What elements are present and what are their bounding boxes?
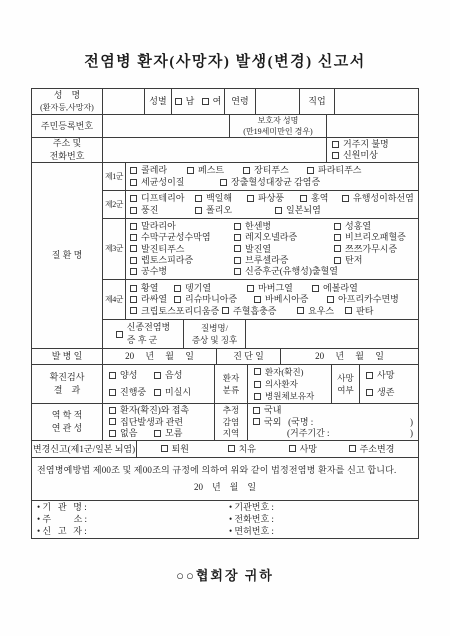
row-confirmation: 확진검사 결 과 양성음성 진행중미실시 환자 분류 환자(확진) 의사환자 병… <box>32 365 418 404</box>
disease-block: 질 환 명 제1군 콜레라페스트장티푸스파라티푸스 세균성이질장출혈성대장균 감… <box>32 163 418 349</box>
checkbox-label: 바베시아증 <box>265 294 308 305</box>
checkbox-label: 없음 <box>120 428 137 439</box>
new-disease-name-line1: 질병명/ <box>192 323 237 334</box>
declaration-text: 전염병예방법 제00조 및 제00조의 규정에 의하여 위와 같이 법정전염병 … <box>32 465 418 476</box>
checkbox-icon[interactable] <box>366 372 373 379</box>
change-options-cell: 퇴원치유사망주소변경 <box>137 441 418 457</box>
checkbox-label: 크립토스포리디움증 <box>141 306 219 317</box>
checkbox-label: 요우스 <box>308 306 334 317</box>
checkbox-label: 렙토스피라증 <box>141 255 193 266</box>
checkbox-icon[interactable] <box>195 195 202 202</box>
checkbox-icon[interactable] <box>130 307 137 314</box>
checkbox-item[interactable]: 풍진 <box>130 205 195 216</box>
checkbox-item[interactable]: 남 <box>175 96 202 107</box>
checkbox-item[interactable]: 생존 <box>366 387 394 398</box>
group4-row3: 크립토스포리디움증주혈흡충증요우스판타 <box>130 306 418 317</box>
checkbox-icon[interactable] <box>297 307 304 314</box>
group3-row2: 수막구균성수막염레지오넬라증비브리오패혈증 <box>130 232 418 243</box>
checkbox-item[interactable]: 신증후군(유행성)출혈열 <box>234 266 338 277</box>
disease-group-1: 제1군 콜레라페스트장티푸스파라티푸스 세균성이질장출혈성대장균 감염증 <box>103 163 418 191</box>
checkbox-item[interactable]: 뎅기열 <box>174 283 247 294</box>
group2-row2: 풍진폴리오일본뇌염 <box>130 205 418 216</box>
checkbox-label: 파라티푸스 <box>318 165 361 176</box>
confirm-label-line2: 결 과 <box>50 385 85 396</box>
checkbox-label: 신증후군(유행성)출혈열 <box>245 266 338 277</box>
checkbox-label: 발진열 <box>245 244 271 255</box>
checkbox-icon[interactable] <box>289 445 296 452</box>
group2-label: 제2군 <box>103 191 126 218</box>
onset-date-value[interactable]: 20 년 월 일 <box>103 349 217 364</box>
checkbox-item[interactable]: 없음 <box>109 428 154 439</box>
checkbox-icon[interactable] <box>109 389 116 396</box>
checkbox-item[interactable]: 양성 <box>109 370 154 381</box>
checkbox-label: 페스트 <box>198 165 224 176</box>
sex-label: 성별 <box>145 89 172 114</box>
checkbox-item[interactable]: 폴리오 <box>195 205 275 216</box>
checkbox-item[interactable]: 레지오넬라증 <box>234 232 334 243</box>
checkbox-icon[interactable] <box>130 223 137 230</box>
checkbox-item[interactable]: 파라티푸스 <box>307 165 361 176</box>
license-number-label[interactable]: • 면허번호 : <box>229 526 274 537</box>
death-label-line1: 사망 <box>337 373 353 384</box>
sex-checkboxes: 남여 <box>175 96 222 107</box>
checkbox-label: 여 <box>213 96 222 107</box>
region-abroad-line: 국외 (국명 : ) <box>253 417 418 428</box>
checkbox-item[interactable]: 수막구균성수막염 <box>130 232 234 243</box>
checkbox-icon[interactable] <box>130 234 137 241</box>
checkbox-icon[interactable] <box>312 285 319 292</box>
address-label-line1: 주소 및 <box>50 138 85 149</box>
reporter-row-address: • 주 소 : • 전화번호 : <box>32 514 418 525</box>
checkbox-label: 장티푸스 <box>254 165 289 176</box>
checkbox-item[interactable]: 탄저 <box>334 255 362 266</box>
checkbox-label: 브루셀라증 <box>245 255 288 266</box>
guardian-label-line1: 보호자 성명 <box>243 116 312 126</box>
diagnosis-date-label: 진 단 일 <box>217 349 281 364</box>
checkbox-icon[interactable] <box>334 257 341 264</box>
death-options-cell: 사망 생존 <box>360 365 418 403</box>
checkbox-item[interactable]: 아프리카수면병 <box>327 294 399 305</box>
checkbox-item[interactable]: 국외 (국명 : <box>253 417 313 428</box>
checkbox-item[interactable]: 발진티푸스 <box>130 244 234 255</box>
checkbox-item[interactable]: 공수병 <box>130 266 234 277</box>
infection-region-cell: 국내 국외 (국명 : ) (거주기간 : ) <box>248 404 418 440</box>
checkbox-icon[interactable] <box>130 245 137 252</box>
checkbox-icon[interactable] <box>154 430 161 437</box>
checkbox-item[interactable]: 리슈마니아증 <box>174 294 254 305</box>
region-label-line3: 지역 <box>223 428 239 439</box>
checkbox-item[interactable]: 일본뇌염 <box>275 205 321 216</box>
checkbox-item[interactable]: 환자(확진)와 접촉 <box>109 405 189 416</box>
region-abroad: 국외 (국명 : <box>253 417 313 428</box>
confirm-test-label: 확진검사 결 과 <box>32 365 103 403</box>
checkbox-item[interactable]: 성홍열 <box>334 221 371 232</box>
checkbox-item[interactable]: 백일해 <box>195 193 247 204</box>
checkbox-item[interactable]: 라싸열 <box>130 294 174 305</box>
group4-label: 제4군 <box>103 280 126 319</box>
checkbox-label: 백일해 <box>206 193 232 204</box>
report-form-sheet: 전염병 환자(사망자) 발생(변경) 신고서 성 명 (환자등,사망자) 성별 … <box>0 0 450 636</box>
checkbox-icon[interactable] <box>334 223 341 230</box>
group3-label: 제3군 <box>103 219 126 279</box>
checkbox-item[interactable]: 여 <box>202 96 222 107</box>
new-disease-row: 신종전염병 증 후 군 질병명/ 증상 및 징후 <box>103 320 418 348</box>
name-value-cell[interactable] <box>103 89 145 114</box>
address-label-line2: 전화번호 <box>50 151 85 162</box>
checkbox-icon[interactable] <box>253 407 260 414</box>
checkbox-label: 에볼라열 <box>323 283 358 294</box>
checkbox-item[interactable]: 유행성이하선염 <box>342 193 414 204</box>
checkbox-icon[interactable] <box>254 393 261 400</box>
checkbox-label: 모름 <box>165 428 182 439</box>
checkbox-item[interactable]: 사망 <box>289 444 349 455</box>
checkbox-icon[interactable] <box>109 430 116 437</box>
checkbox-label: 수막구균성수막염 <box>141 232 211 243</box>
checkbox-item[interactable]: 주소변경 <box>349 444 395 455</box>
checkbox-label: 발진티푸스 <box>141 244 184 255</box>
checkbox-item[interactable]: 바베시아증 <box>254 294 327 305</box>
checkbox-item[interactable]: 장티푸스 <box>243 165 307 176</box>
checkbox-icon[interactable] <box>234 257 241 264</box>
checkbox-icon[interactable] <box>234 268 241 275</box>
group2-row1: 디프테리아백일해파상풍홍역유행성이하선염 <box>130 193 418 204</box>
checkbox-label: 사망 <box>377 370 394 381</box>
checkbox-icon[interactable] <box>327 296 334 303</box>
checkbox-icon[interactable] <box>234 234 241 241</box>
name-label: 성 명 (환자등,사망자) <box>32 89 103 114</box>
checkbox-icon[interactable] <box>247 195 254 202</box>
checkbox-item[interactable]: 콜레라 <box>130 165 187 176</box>
group3-row1: 말라리아한센병성홍열 <box>130 221 418 232</box>
guardian-label-line2: (만19세미만인 경우) <box>243 127 312 137</box>
disease-group-2: 제2군 디프테리아백일해파상풍홍역유행성이하선염 풍진폴리오일본뇌염 <box>103 191 418 219</box>
group1-label: 제1군 <box>103 163 126 190</box>
address-label: 주소 및 전화번호 <box>32 138 103 162</box>
checkbox-label: 미실시 <box>165 387 191 398</box>
checkbox-label: 말라리아 <box>141 221 176 232</box>
checkbox-item[interactable]: 에볼라열 <box>312 283 358 294</box>
abroad-close-paren: ) <box>410 417 413 428</box>
checkbox-item[interactable]: 거주지 불명 <box>332 139 389 150</box>
checkbox-label: 디프테리아 <box>141 193 184 204</box>
onset-date-label: 발 병 일 <box>32 349 103 364</box>
checkbox-item[interactable]: 한센병 <box>234 221 334 232</box>
checkbox-icon[interactable] <box>220 179 227 186</box>
checkbox-icon[interactable] <box>254 381 261 388</box>
checkbox-label: 폴리오 <box>206 205 232 216</box>
checkbox-icon[interactable] <box>234 245 241 252</box>
guardian-label: 보호자 성명 (만19세미만인 경우) <box>230 115 327 137</box>
checkbox-icon[interactable] <box>332 152 339 159</box>
checkbox-item[interactable]: 장출혈성대장균 감염증 <box>220 177 320 188</box>
rrn-label: 주민등록번호 <box>32 115 103 137</box>
checkbox-label: 라싸열 <box>141 294 167 305</box>
checkbox-icon[interactable] <box>254 368 261 375</box>
checkbox-icon[interactable] <box>130 207 137 214</box>
checkbox-label: 집단발생과 관련 <box>120 417 183 428</box>
checkbox-icon[interactable] <box>366 389 373 396</box>
addressee-line: ○○협회장 귀하 <box>0 565 450 584</box>
checkbox-label: 의사환자 <box>265 379 298 389</box>
checkbox-label: 음성 <box>165 370 182 381</box>
checkbox-item[interactable]: 홍역 <box>300 193 342 204</box>
checkbox-icon[interactable] <box>109 418 116 425</box>
checkbox-item[interactable]: 디프테리아 <box>130 193 195 204</box>
patient-class-options-cell: 환자(확진) 의사환자 병원체보유자 <box>248 365 332 403</box>
checkbox-label: 탄저 <box>345 255 362 266</box>
form-title: 전염병 환자(사망자) 발생(변경) 신고서 <box>0 50 450 71</box>
checkbox-icon[interactable] <box>349 445 356 452</box>
checkbox-icon[interactable] <box>307 167 314 174</box>
flag-unknown-identity: 신원미상 <box>332 150 378 161</box>
checkbox-item[interactable]: 비브리오패혈증 <box>334 232 406 243</box>
class-label-line2: 분류 <box>223 385 239 396</box>
group3-row5: 공수병신증후군(유행성)출혈열 <box>130 266 418 277</box>
new-disease-label-line1: 신종전염병 <box>127 322 170 333</box>
checkbox-item[interactable]: 음성 <box>154 370 182 381</box>
address-value-cell[interactable] <box>103 138 327 162</box>
infection-region-label: 추정 감염 지역 <box>215 404 248 440</box>
checkbox-item[interactable]: 말라리아 <box>130 221 234 232</box>
new-disease-value-cell[interactable] <box>246 320 418 348</box>
region-label-line2: 감염 <box>223 417 239 428</box>
declaration-date[interactable]: 20 년 월 일 <box>32 482 418 493</box>
checkbox-icon[interactable] <box>243 167 250 174</box>
checkbox-item[interactable]: 파상풍 <box>247 193 300 204</box>
group3-row4: 렙토스피라증브루셀라증탄저 <box>130 255 418 266</box>
change-report-label: 변경신고(제1군/일본 뇌염) <box>32 441 137 457</box>
age-label: 연령 <box>225 89 256 114</box>
checkbox-icon[interactable] <box>130 285 137 292</box>
checkbox-icon[interactable] <box>254 296 261 303</box>
checkbox-item[interactable]: 의사환자 <box>254 379 298 389</box>
checkbox-label: 장출혈성대장균 감염증 <box>231 177 320 188</box>
checkbox-icon[interactable] <box>175 98 182 105</box>
checkbox-label: 아프리카수면병 <box>338 294 399 305</box>
class-option-confirmed: 환자(확진) <box>254 367 304 377</box>
checkbox-item[interactable]: 마버그열 <box>247 283 312 294</box>
checkbox-item[interactable]: 집단발생과 관련 <box>109 417 183 428</box>
checkbox-item[interactable]: 모름 <box>154 428 182 439</box>
job-label: 직업 <box>300 89 335 114</box>
confirm-options-row2: 진행중미실시 <box>109 387 191 398</box>
group3-row3: 발진티푸스발진열쯔쯔가무시증 <box>130 244 418 255</box>
checkbox-label: 황열 <box>141 283 158 294</box>
checkbox-icon[interactable] <box>130 167 137 174</box>
row-change-report: 변경신고(제1군/일본 뇌염) 퇴원치유사망주소변경 <box>32 441 418 458</box>
change-options: 퇴원치유사망주소변경 <box>161 444 395 455</box>
death-option-alive: 생존 <box>366 387 394 398</box>
checkbox-label: 국외 (국명 : <box>264 417 313 428</box>
checkbox-item[interactable]: 세균성이질 <box>130 177 220 188</box>
checkbox-item[interactable]: 국내 <box>253 405 281 416</box>
reporter-phone-label[interactable]: • 전화번호 : <box>229 514 274 525</box>
checkbox-label: 세균성이질 <box>141 177 184 188</box>
checkbox-icon[interactable] <box>130 268 137 275</box>
epi-options-cell: 환자(확진)와 접촉 집단발생과 관련 없음모름 <box>103 404 215 440</box>
epi-option-outbreak: 집단발생과 관련 <box>109 417 183 428</box>
epi-label-line1: 역 학 적 <box>52 410 83 421</box>
disease-section-label: 질 환 명 <box>32 163 103 348</box>
checkbox-label: 치유 <box>239 444 256 455</box>
patient-class-label: 환자 분류 <box>215 365 248 403</box>
checkbox-item[interactable]: 병원체보유자 <box>254 391 314 401</box>
reporter-name-label[interactable]: • 신 고 자 : <box>37 526 229 537</box>
death-label-line2: 여부 <box>337 385 353 396</box>
disease-group-3: 제3군 말라리아한센병성홍열 수막구균성수막염레지오넬라증비브리오패혈증 발진티… <box>103 219 418 280</box>
checkbox-item[interactable]: 퇴원 <box>161 444 228 455</box>
checkbox-label: 파상풍 <box>258 193 284 204</box>
confirm-options-row1: 양성음성 <box>109 370 182 381</box>
checkbox-item[interactable]: 신원미상 <box>332 150 378 161</box>
row-dates: 발 병 일 20 년 월 일 진 단 일 20 년 월 일 <box>32 349 418 365</box>
checkbox-icon[interactable] <box>130 195 137 202</box>
checkbox-item[interactable]: 황열 <box>130 283 174 294</box>
checkbox-icon[interactable] <box>161 445 168 452</box>
checkbox-label: 주혈흡충증 <box>233 306 276 317</box>
checkbox-item[interactable]: 치유 <box>228 444 289 455</box>
checkbox-icon[interactable] <box>275 207 282 214</box>
checkbox-item[interactable]: 환자(확진) <box>254 367 304 377</box>
form-table: 성 명 (환자등,사망자) 성별 남여 연령 직업 주민등록번호 보호자 성명 … <box>31 88 419 539</box>
checkbox-label: 판타 <box>356 306 373 317</box>
residence-label: (거주기간 : <box>287 428 330 439</box>
checkbox-icon[interactable] <box>154 372 161 379</box>
class-label-line1: 환자 <box>223 373 239 384</box>
checkbox-icon[interactable] <box>109 372 116 379</box>
checkbox-icon[interactable] <box>116 331 123 338</box>
institution-number-label[interactable]: • 기관번호 : <box>229 502 274 513</box>
checkbox-icon[interactable] <box>195 207 202 214</box>
disease-groups: 제1군 콜레라페스트장티푸스파라티푸스 세균성이질장출혈성대장균 감염증 제2군… <box>103 163 418 348</box>
checkbox-item[interactable]: 페스트 <box>187 165 243 176</box>
checkbox-label: 레지오넬라증 <box>245 232 297 243</box>
name-label-line2: (환자등,사망자) <box>40 103 94 113</box>
checkbox-label: 리슈마니아증 <box>185 294 237 305</box>
address-flags-cell: 거주지 불명 신원미상 <box>327 138 418 162</box>
region-label-line1: 추정 <box>223 405 239 416</box>
checkbox-label: 홍역 <box>311 193 328 204</box>
epi-option-none-unknown: 없음모름 <box>109 428 182 439</box>
checkbox-icon[interactable] <box>174 285 181 292</box>
checkbox-icon[interactable] <box>345 307 352 314</box>
group1-row1: 콜레라페스트장티푸스파라티푸스 <box>130 165 418 176</box>
confirm-label-line1: 확진검사 <box>50 372 85 383</box>
checkbox-item[interactable]: 크립토스포리디움증 <box>130 306 222 317</box>
class-option-carrier: 병원체보유자 <box>254 391 314 401</box>
group1-row2: 세균성이질장출혈성대장균 감염증 <box>130 177 418 188</box>
job-value-cell[interactable] <box>335 89 418 114</box>
checkbox-icon[interactable] <box>334 234 341 241</box>
checkbox-label: 공수병 <box>141 266 167 277</box>
checkbox-label: 비브리오패혈증 <box>345 232 406 243</box>
checkbox-label: 환자(확진)와 접촉 <box>120 405 189 416</box>
checkbox-label: 쯔쯔가무시증 <box>345 244 397 255</box>
checkbox-label: 한센병 <box>245 221 271 232</box>
checkbox-label: 양성 <box>120 370 137 381</box>
row-epidemiology: 역 학 적 연 관 성 환자(확진)와 접촉 집단발생과 관련 없음모름 추정 … <box>32 404 418 441</box>
declaration-block: 전염병예방법 제00조 및 제00조의 규정에 의하여 위와 같이 법정전염병 … <box>32 458 418 501</box>
checkbox-item[interactable]: 판타 <box>345 306 373 317</box>
death-label: 사망 여부 <box>332 365 360 403</box>
checkbox-label: 거주지 불명 <box>343 139 389 150</box>
checkbox-icon[interactable] <box>130 179 137 186</box>
checkbox-icon[interactable] <box>253 418 260 425</box>
checkbox-label: 남 <box>186 96 195 107</box>
checkbox-icon[interactable] <box>342 195 349 202</box>
reporter-row-name: • 신 고 자 : • 면허번호 : <box>32 526 418 537</box>
checkbox-icon[interactable] <box>187 167 194 174</box>
reporter-block: • 기 관 명 : • 기관번호 : • 주 소 : • 전화번호 : • 신 … <box>32 501 418 538</box>
checkbox-label: 뎅기열 <box>185 283 211 294</box>
checkbox-icon[interactable] <box>247 285 254 292</box>
new-disease-checkbox-cell[interactable]: 신종전염병 증 후 군 <box>103 320 184 348</box>
checkbox-icon[interactable] <box>234 223 241 230</box>
checkbox-icon[interactable] <box>222 307 229 314</box>
checkbox-icon[interactable] <box>334 245 341 252</box>
checkbox-icon[interactable] <box>202 98 209 105</box>
diagnosis-date-value[interactable]: 20 년 월 일 <box>281 349 418 364</box>
checkbox-item[interactable]: 진행중 <box>109 387 154 398</box>
checkbox-item[interactable]: 렙토스피라증 <box>130 255 234 266</box>
confirm-options-cell: 양성음성 진행중미실시 <box>103 365 215 403</box>
age-value-cell[interactable] <box>256 89 300 114</box>
checkbox-label: 유행성이하선염 <box>353 193 414 204</box>
death-option-dead: 사망 <box>366 370 394 381</box>
epi-label: 역 학 적 연 관 성 <box>32 404 103 440</box>
guardian-value-cell[interactable] <box>327 115 418 137</box>
epi-label-line2: 연 관 성 <box>52 423 83 434</box>
checkbox-icon[interactable] <box>332 141 339 148</box>
checkbox-icon[interactable] <box>130 296 137 303</box>
institution-name-label[interactable]: • 기 관 명 : <box>37 502 229 513</box>
epi-option-contact: 환자(확진)와 접촉 <box>109 405 189 416</box>
rrn-value-cell[interactable] <box>103 115 230 137</box>
checkbox-label: 생존 <box>377 387 394 398</box>
checkbox-item[interactable]: 브루셀라증 <box>234 255 334 266</box>
checkbox-label: 주소변경 <box>360 444 395 455</box>
checkbox-item[interactable]: 발진열 <box>234 244 334 255</box>
checkbox-label: 환자(확진) <box>265 367 304 377</box>
checkbox-item[interactable]: 미실시 <box>154 387 191 398</box>
row-address: 주소 및 전화번호 거주지 불명 신원미상 <box>32 138 418 163</box>
checkbox-icon[interactable] <box>300 195 307 202</box>
checkbox-icon[interactable] <box>174 296 181 303</box>
checkbox-icon[interactable] <box>228 445 235 452</box>
checkbox-item[interactable]: 주혈흡충증 <box>222 306 297 317</box>
residence-period-line: (거주기간 : ) <box>253 428 418 439</box>
checkbox-icon[interactable] <box>154 389 161 396</box>
checkbox-icon[interactable] <box>130 257 137 264</box>
name-label-line1: 성 명 <box>40 90 94 101</box>
checkbox-item[interactable]: 요우스 <box>297 306 345 317</box>
group4-row1: 황열뎅기열마버그열에볼라열 <box>130 283 418 294</box>
checkbox-label: 성홍열 <box>345 221 371 232</box>
region-domestic: 국내 <box>253 405 418 416</box>
new-disease-name-label: 질병명/ 증상 및 징후 <box>184 320 246 348</box>
reporter-row-institution: • 기 관 명 : • 기관번호 : <box>32 502 418 513</box>
flag-unknown-residence: 거주지 불명 <box>332 139 389 150</box>
reporter-address-label[interactable]: • 주 소 : <box>37 514 229 525</box>
checkbox-label: 퇴원 <box>172 444 189 455</box>
row-patient-name: 성 명 (환자등,사망자) 성별 남여 연령 직업 <box>32 89 418 115</box>
checkbox-icon[interactable] <box>109 407 116 414</box>
checkbox-item[interactable]: 쯔쯔가무시증 <box>334 244 397 255</box>
sex-checkboxes-cell: 남여 <box>172 89 225 114</box>
checkbox-item[interactable]: 사망 <box>366 370 394 381</box>
checkbox-label: 병원체보유자 <box>265 391 314 401</box>
checkbox-label: 마버그열 <box>258 283 293 294</box>
